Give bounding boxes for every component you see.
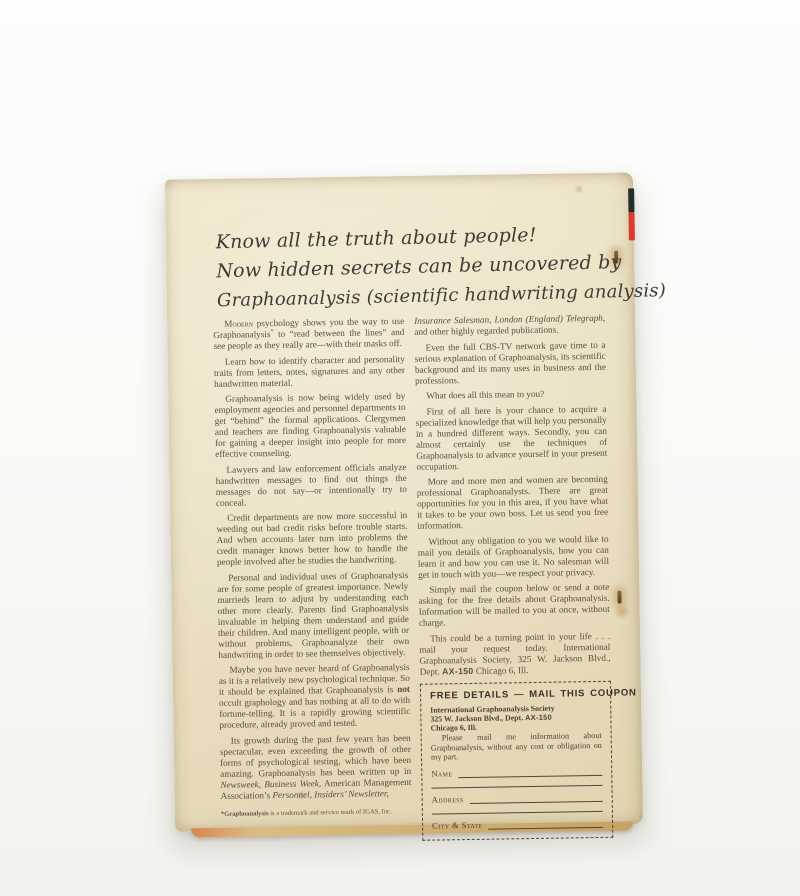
paragraph: Lawyers and law enforcement officials an… (215, 461, 407, 508)
coupon-address: International Graphoanalysis Society 325… (430, 702, 601, 733)
paragraph: Credit departments are now more successf… (216, 510, 408, 568)
address-writing-line (470, 800, 603, 804)
paragraph: What does all this mean to you? (415, 388, 606, 402)
paragraph: Maybe you have never heard of Graphoanal… (219, 662, 411, 731)
name-field-label: Name (431, 768, 458, 779)
spine-stripe-dark (628, 188, 634, 212)
coupon-box: FREE DETAILS — MAIL THIS COUPON Internat… (420, 680, 613, 841)
paragraph: This could be a turning point in your li… (419, 630, 611, 677)
paragraph: Without any obligation to you we would l… (418, 533, 610, 580)
paragraph: Graphoanalysis is now being widely used … (214, 391, 406, 460)
address-writing-line-2 (432, 811, 603, 815)
trademark-footnote: *Graphoanalysis is a trademark and servi… (221, 807, 412, 818)
paragraph: Learn how to identify character and pers… (214, 353, 405, 389)
paragraph: Even the full CBS-TV network gave time t… (414, 339, 606, 386)
coupon-title: FREE DETAILS — MAIL THIS COUPON (430, 687, 601, 701)
left-column: Modern psychology shows you the way to u… (213, 316, 412, 844)
paragraph: Personal and individual uses of Graphoan… (217, 569, 409, 660)
paragraph: More and more men and women are becoming… (417, 474, 609, 532)
fox-spot (573, 185, 585, 193)
city-state-field-row: City & State (432, 818, 603, 832)
paragraph: First of all here is your chance to acqu… (415, 403, 607, 472)
rust-stain (614, 602, 630, 620)
paragraph: Its growth during the past few years has… (220, 732, 412, 801)
address-field-row: Address (432, 792, 603, 806)
coupon-body-text: Please mail me information about Graphoa… (431, 731, 602, 763)
city-state-field-label: City & State (432, 820, 489, 832)
name-writing-line (458, 774, 602, 778)
body-copy: Modern psychology shows you the way to u… (213, 313, 613, 844)
handwritten-headline: Know all the truth about people! Now hid… (215, 219, 617, 315)
magazine-back-cover: Know all the truth about people! Now hid… (165, 172, 643, 831)
address-field-label: Address (432, 794, 470, 806)
name-field-row: Name (431, 766, 602, 780)
paragraph: Insurance Salesman, London (England) Tel… (414, 313, 605, 338)
paragraph: Simply mail the coupon below or send a n… (418, 582, 610, 629)
spine-stripe-red (628, 212, 634, 240)
right-column: Insurance Salesman, London (England) Tel… (414, 313, 613, 841)
name-writing-line-2 (431, 785, 602, 789)
city-state-writing-line (489, 826, 604, 830)
paragraph: Modern psychology shows you the way to u… (213, 316, 404, 352)
